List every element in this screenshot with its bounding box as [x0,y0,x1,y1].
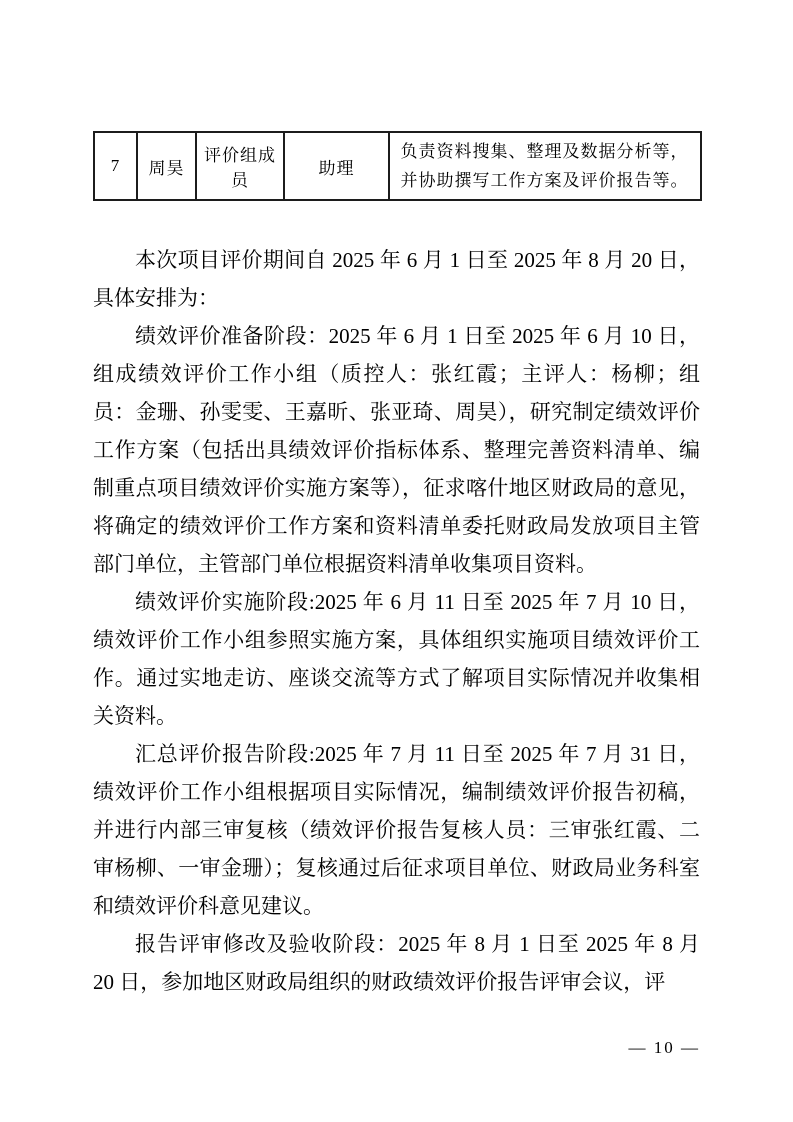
paragraph-preparation-stage: 绩效评价准备阶段：2025 年 6 月 1 日至 2025 年 6 月 10 日… [93,317,700,583]
personnel-table: 7 周昊 评价组成员 助理 负责资料搜集、整理及数据分析等，并协助撰写工作方案及… [93,131,702,201]
paragraph-report-summary-stage: 汇总评价报告阶段:2025 年 7 月 11 日至 2025 年 7 月 31 … [93,735,700,925]
paragraph-evaluation-period: 本次项目评价期间自 2025 年 6 月 1 日至 2025 年 8 月 20 … [93,241,700,317]
document-page: 7 周昊 评价组成员 助理 负责资料搜集、整理及数据分析等，并协助撰写工作方案及… [0,0,793,1122]
body-text: 本次项目评价期间自 2025 年 6 月 1 日至 2025 年 8 月 20 … [93,241,700,1001]
cell-member-title: 助理 [284,132,389,200]
paragraph-implementation-stage: 绩效评价实施阶段:2025 年 6 月 11 日至 2025 年 7 月 10 … [93,583,700,735]
cell-sequence-number: 7 [94,132,137,200]
table-row: 7 周昊 评价组成员 助理 负责资料搜集、整理及数据分析等，并协助撰写工作方案及… [94,132,701,200]
paragraph-review-acceptance-stage: 报告评审修改及验收阶段：2025 年 8 月 1 日至 2025 年 8 月 2… [93,925,700,1001]
page-number: — 10 — [629,1038,701,1058]
cell-member-duty: 负责资料搜集、整理及数据分析等，并协助撰写工作方案及评价报告等。 [389,132,701,200]
page-content: 7 周昊 评价组成员 助理 负责资料搜集、整理及数据分析等，并协助撰写工作方案及… [93,131,700,1001]
cell-member-role: 评价组成员 [196,132,284,200]
cell-member-name: 周昊 [137,132,196,200]
